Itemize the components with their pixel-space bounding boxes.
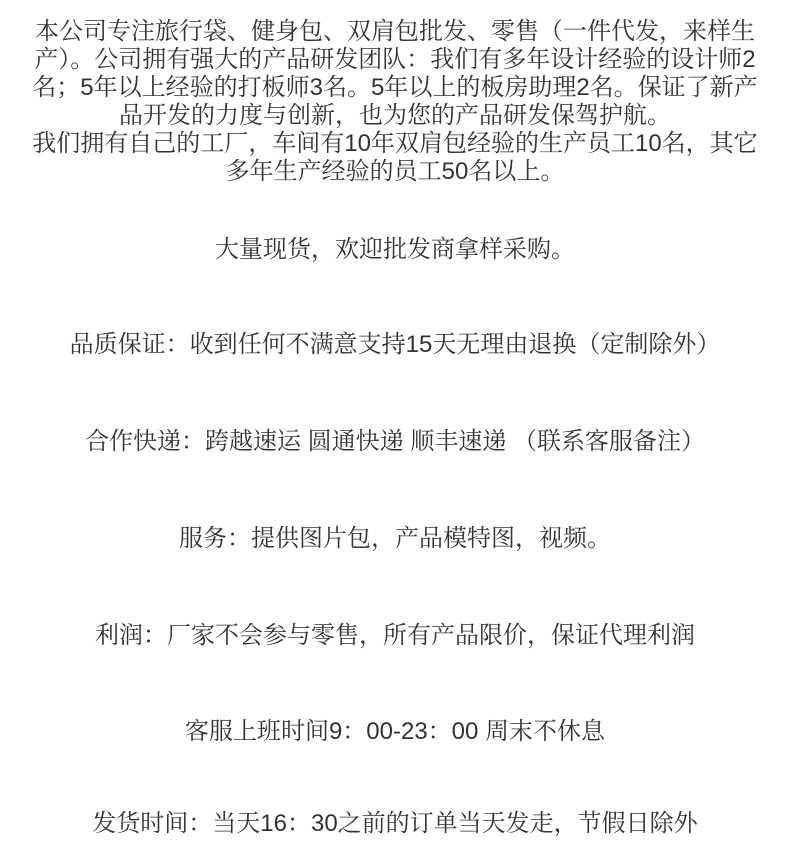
statement-quality-promise: 品质保证：收到任何不满意支持15天无理由退换（定制除外） (0, 332, 790, 358)
intro-line-5: 我们拥有自己的工厂，车间有10年双肩包经验的生产员工10名，其它 (0, 130, 790, 158)
statement-stock: 大量现货，欢迎批发商拿样采购。 (0, 237, 790, 263)
product-description-page: 本公司专注旅行袋、健身包、双肩包批发、零售（一件代发，来样生 产）。公司拥有强大… (0, 0, 790, 856)
company-intro-paragraph: 本公司专注旅行袋、健身包、双肩包批发、零售（一件代发，来样生 产）。公司拥有强大… (0, 0, 790, 186)
statement-service: 服务：提供图片包，产品模特图，视频。 (0, 526, 790, 552)
statement-profit-policy: 利润：厂家不会参与零售，所有产品限价，保证代理利润 (0, 623, 790, 649)
intro-line-3: 名；5年以上经验的打板师3名。5年以上的板房助理2名。保证了新产 (0, 74, 790, 102)
intro-line-6: 多年生产经验的员工50名以上。 (0, 158, 790, 186)
statement-couriers: 合作快递：跨越速运 圆通快递 顺丰速递 （联系客服备注） (0, 429, 790, 455)
intro-line-1: 本公司专注旅行袋、健身包、双肩包批发、零售（一件代发，来样生 (0, 18, 790, 46)
statement-shipping-time: 发货时间：当天16：30之前的订单当天发走，节假日除外 (0, 811, 790, 837)
intro-line-4: 品开发的力度与创新，也为您的产品研发保驾护航。 (0, 102, 790, 130)
statement-support-hours: 客服上班时间9：00-23：00 周末不休息 (0, 719, 790, 745)
intro-line-2: 产）。公司拥有强大的产品研发团队：我们有多年设计经验的设计师2 (0, 46, 790, 74)
